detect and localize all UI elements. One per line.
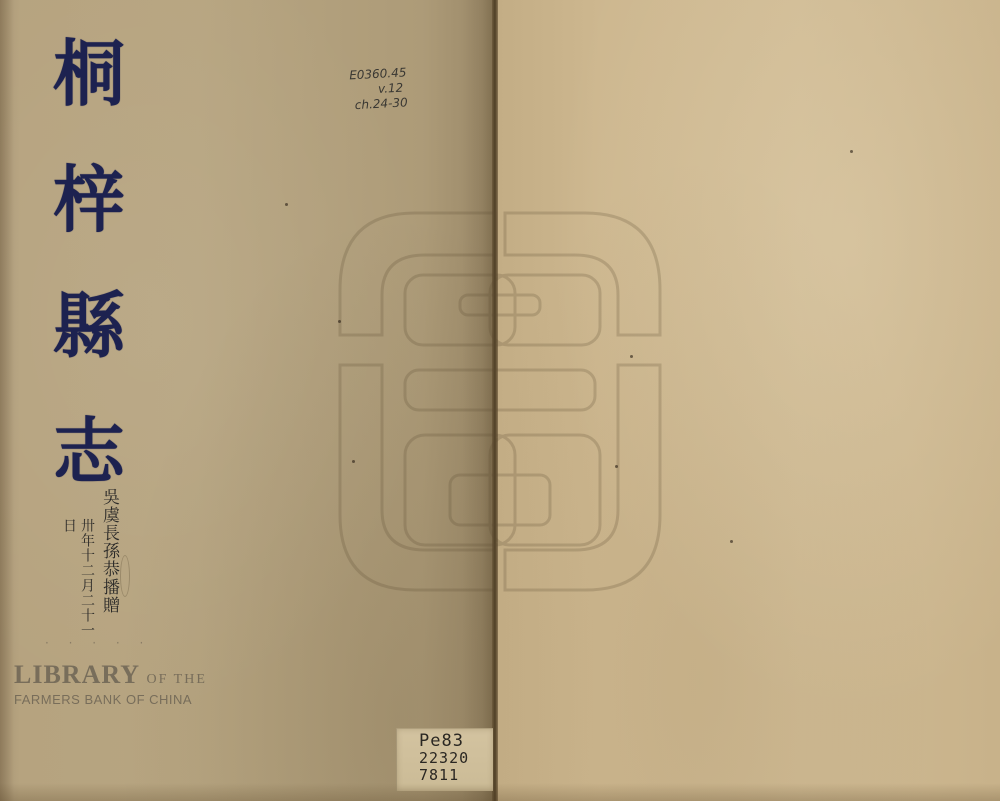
title-char-2: 梓 xyxy=(53,164,125,290)
paper-speck xyxy=(630,355,633,358)
stamp-of-the-text: OF THE xyxy=(147,672,207,687)
paper-speck xyxy=(352,460,355,463)
stamp-library-text: LIBRARY xyxy=(14,660,139,689)
paper-speck xyxy=(285,203,288,206)
call-number-line-1: Pe83 xyxy=(419,733,469,750)
paper-speck xyxy=(850,150,853,153)
inscription-date: 卅年十二月二十一日 xyxy=(60,518,96,648)
paper-speck xyxy=(730,540,733,543)
stamp-bank-name: FARMERS BANK OF CHINA xyxy=(14,692,214,707)
inscription-donor: 吳虞長孫恭播贈 xyxy=(100,488,118,648)
title-char-1: 桐 xyxy=(53,38,125,164)
book-title: 桐 梓 縣 志 xyxy=(34,38,144,542)
watermark-seal-icon xyxy=(320,195,680,605)
title-char-3: 縣 xyxy=(53,290,125,416)
book-cover-scan: 桐 梓 縣 志 吳虞長孫恭播贈 卅年十二月二十一日 · · · · · LIBR… xyxy=(0,0,1000,801)
paper-speck xyxy=(338,320,341,323)
paper-crease xyxy=(120,555,130,597)
donation-inscription: 吳虞長孫恭播贈 卅年十二月二十一日 xyxy=(60,488,118,648)
library-stamp: LIBRARY OF THE FARMERS BANK OF CHINA xyxy=(14,660,214,707)
stamp-faded-top-line: · · · · · xyxy=(45,636,151,650)
bottom-edge-shadow xyxy=(0,783,1000,801)
paper-speck xyxy=(615,465,618,468)
call-number-line-3: 7811 xyxy=(419,767,469,784)
handwritten-catalog-note: E0360.45 v.12 ch.24-30 xyxy=(349,64,441,114)
front-cover-edge-shadow xyxy=(0,0,14,801)
call-number-label: Pe83 22320 7811 xyxy=(396,728,493,791)
call-number-line-2: 22320 xyxy=(419,750,469,767)
